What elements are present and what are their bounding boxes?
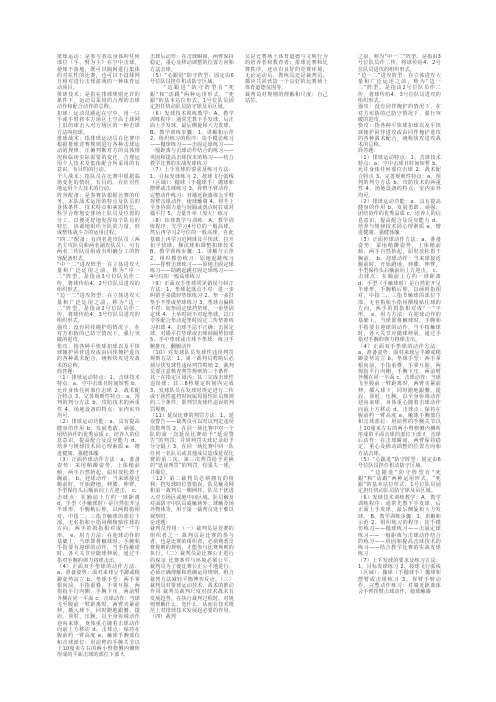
text-column-4: 之前，称为“中一二”阵型。是指由3号位队员作二传，将球传给4、2号位队员进攻的组… — [358, 54, 441, 658]
text-column-1: 排球运动：是参与者以身体的任何部位（手、臂为主）在空中击球，使球不落地，既可以隔… — [57, 54, 140, 658]
text-column-2: 击球后动作：在击球瞬间，两臂保持稳定，重心及移动调整的位置方向和方法击球。 （5… — [150, 54, 234, 658]
document-page: 排球运动：是参与者以身体的任何部位（手、臂为主）在空中击球，使球不落地，既可以隔… — [0, 0, 496, 702]
text-column-3: 员是比赛场上体育道德与文明行为的培养者和教育者；排球比赛和比赛秩序，还应有良好的… — [245, 54, 328, 134]
